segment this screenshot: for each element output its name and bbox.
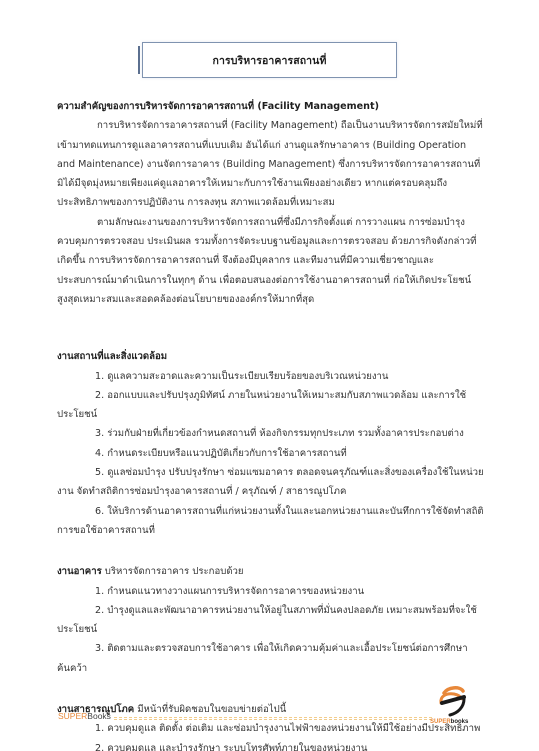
- document-body: ความสำคัญของการบริหารจัดการอาคารสถานที่ …: [57, 97, 487, 751]
- list-item: 6. ให้บริการด้านอาคารสถานที่แก่หน่วยงานท…: [57, 502, 487, 541]
- footer-brand-books: Books: [87, 711, 111, 721]
- section-buildings: งานอาคาร บริหารจัดการอาคาร ประกอบด้วย 1.…: [57, 562, 487, 678]
- logo-wordmark: SUPERbooks: [430, 719, 468, 725]
- list-item: 1. ดูแลความสะอาดและความเป็นระเบียบเรียบร…: [57, 367, 487, 386]
- intro-paragraph-2: ตามลักษณะงานของการบริหารจัดการสถานที่ซึ่…: [57, 213, 487, 309]
- footer-brand-super: SUPER: [58, 711, 87, 721]
- list-item: 5. ดูแลซ่อมบำรุง ปรับปรุงรักษา ซ่อมแซมอา…: [57, 463, 487, 502]
- list-item: 1. กำหนดแนวทางวางแผนการบริหารจัดการอาคาร…: [57, 582, 487, 601]
- section-heading-line: งานอาคาร บริหารจัดการอาคาร ประกอบด้วย: [57, 562, 487, 581]
- footer-divider: [114, 719, 432, 720]
- intro-heading: ความสำคัญของการบริหารจัดการอาคารสถานที่ …: [57, 97, 487, 116]
- title-box: การบริหารอาคารสถานที่: [142, 42, 397, 78]
- page-footer: SUPERBooks SUPERbooks: [58, 703, 468, 743]
- section-heading: งานสถานที่และสิ่งแวดล้อม: [57, 351, 167, 362]
- list-item: 2. บำรุงดูแลและพัฒนาอาคารหน่วยงานให้อยู่…: [57, 601, 487, 640]
- logo-wordmark-super: SUPER: [430, 719, 451, 725]
- superbooks-swirl-logo-icon: [430, 685, 480, 719]
- list-item: 3. ติดตามและตรวจสอบการใช้อาคาร เพื่อให้เ…: [57, 639, 487, 678]
- logo-wordmark-books: books: [451, 719, 469, 725]
- footer-divider: [114, 717, 432, 718]
- section-subtitle: บริหารจัดการอาคาร ประกอบด้วย: [102, 566, 244, 577]
- list-item: 3. ร่วมกับฝ่ายที่เกี่ยวข้องกำหนดสถานที่ …: [57, 424, 487, 443]
- section-heading-line: งานสถานที่และสิ่งแวดล้อม: [57, 347, 487, 366]
- section-heading: งานอาคาร: [57, 566, 102, 577]
- page-title: การบริหารอาคารสถานที่: [213, 52, 327, 69]
- superbooks-logo: SUPERbooks: [430, 685, 480, 733]
- intro-paragraph-1: การบริหารจัดการอาคารสถานที่ (Facility Ma…: [57, 116, 487, 212]
- footer-brand: SUPERBooks: [58, 711, 111, 721]
- list-item: 2. ออกแบบและปรับปรุงภูมิทัศน์ ภายในหน่วย…: [57, 386, 487, 425]
- section-grounds-environment: งานสถานที่และสิ่งแวดล้อม 1. ดูแลความสะอา…: [57, 347, 487, 540]
- list-item: 4. กำหนดระเบียบหรือแนวปฏิบัติเกี่ยวกับกา…: [57, 444, 487, 463]
- title-accent-bar: [138, 46, 140, 74]
